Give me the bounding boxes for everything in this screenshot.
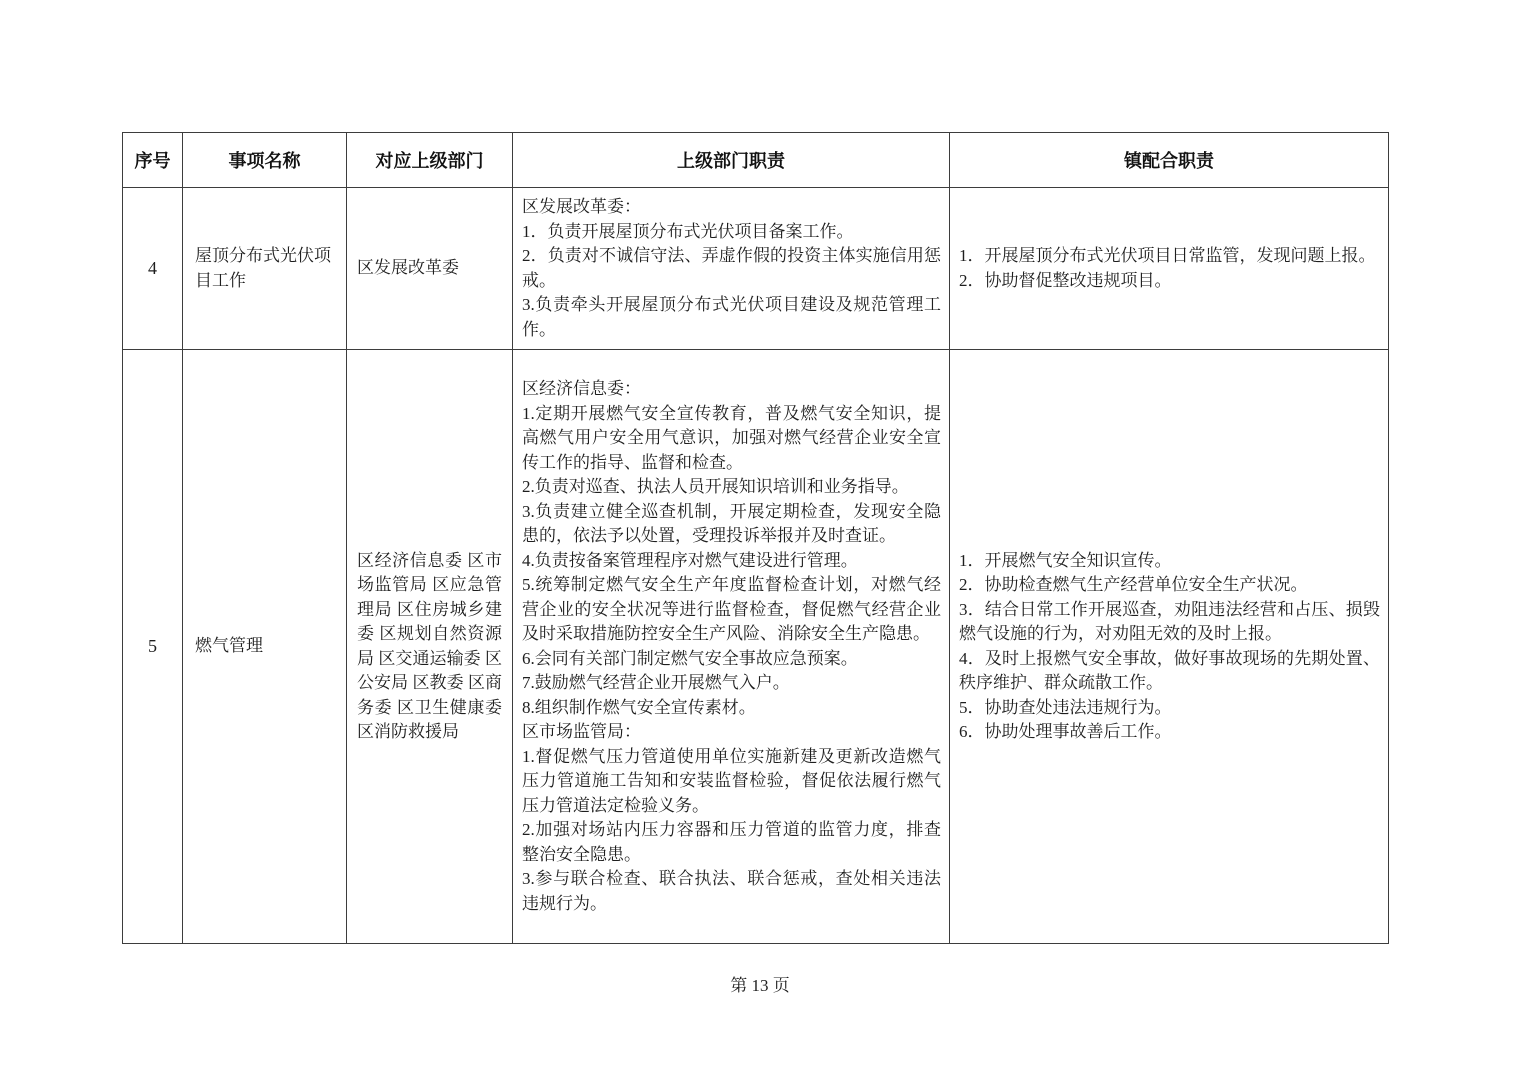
duty-paragraph: 5.统筹制定燃气安全生产年度监督检查计划，对燃气经营企业的安全状况等进行监督检查… <box>522 573 941 647</box>
cell-item-name: 屋顶分布式光伏项目工作 <box>183 188 347 350</box>
page-number: 第 13 页 <box>0 971 1520 996</box>
col-header-superior-dept: 对应上级部门 <box>347 133 513 188</box>
duty-paragraph: 1.督促燃气压力管道使用单位实施新建及更新改造燃气压力管道施工告知和安装监督检验… <box>522 745 941 819</box>
duty-paragraph: 2．协助检查燃气生产经营单位安全生产状况。 <box>959 573 1380 598</box>
document-page: 序号 事项名称 对应上级部门 上级部门职责 镇配合职责 4 屋顶分布式光伏项目工… <box>0 0 1520 1074</box>
table-row-5: 5 燃气管理 区经济信息委 区市场监管局 区应急管理局 区住房城乡建委 区规划自… <box>123 350 1389 944</box>
duty-paragraph: 4.负责按备案管理程序对燃气建设进行管理。 <box>522 549 941 574</box>
duty-paragraph: 2．负责对不诚信守法、弄虚作假的投资主体实施信用惩戒。 <box>522 244 941 293</box>
duty-table: 序号 事项名称 对应上级部门 上级部门职责 镇配合职责 4 屋顶分布式光伏项目工… <box>122 132 1389 944</box>
cell-serial-no: 4 <box>123 188 183 350</box>
col-header-superior-duties: 上级部门职责 <box>513 133 950 188</box>
table-header-row: 序号 事项名称 对应上级部门 上级部门职责 镇配合职责 <box>123 133 1389 188</box>
duty-paragraph: 2.负责对巡查、执法人员开展知识培训和业务指导。 <box>522 475 941 500</box>
duty-paragraph: 区发展改革委： <box>522 195 941 220</box>
duty-paragraph: 3.参与联合检查、联合执法、联合惩戒，查处相关违法违规行为。 <box>522 867 941 916</box>
duty-paragraph: 2.加强对场站内压力容器和压力管道的监管力度，排查整治安全隐患。 <box>522 818 941 867</box>
duty-paragraph: 4．及时上报燃气安全事故，做好事故现场的先期处置、秩序维护、群众疏散工作。 <box>959 647 1380 696</box>
duty-paragraph: 1．开展屋顶分布式光伏项目日常监管，发现问题上报。 <box>959 244 1380 269</box>
cell-town-duties: 1．开展屋顶分布式光伏项目日常监管，发现问题上报。2．协助督促整改违规项目。 <box>950 188 1389 350</box>
duty-paragraph: 3．结合日常工作开展巡查，劝阻违法经营和占压、损毁燃气设施的行为，对劝阻无效的及… <box>959 598 1380 647</box>
duty-paragraph: 2．协助督促整改违规项目。 <box>959 269 1380 294</box>
cell-serial-no: 5 <box>123 350 183 944</box>
cell-town-duties: 1．开展燃气安全知识宣传。2．协助检查燃气生产经营单位安全生产状况。3．结合日常… <box>950 350 1389 944</box>
duty-paragraph: 7.鼓励燃气经营企业开展燃气入户。 <box>522 671 941 696</box>
duty-paragraph: 1．负责开展屋顶分布式光伏项目备案工作。 <box>522 220 941 245</box>
duty-paragraph: 6.会同有关部门制定燃气安全事故应急预案。 <box>522 647 941 672</box>
duty-paragraph: 1.定期开展燃气安全宣传教育，普及燃气安全知识，提高燃气用户安全用气意识，加强对… <box>522 402 941 476</box>
duty-paragraph: 6．协助处理事故善后工作。 <box>959 720 1380 745</box>
cell-superior-duties: 区经济信息委：1.定期开展燃气安全宣传教育，普及燃气安全知识，提高燃气用户安全用… <box>513 350 950 944</box>
table-row-4: 4 屋顶分布式光伏项目工作 区发展改革委 区发展改革委：1．负责开展屋顶分布式光… <box>123 188 1389 350</box>
duty-paragraph: 5．协助查处违法违规行为。 <box>959 696 1380 721</box>
cell-superior-dept: 区经济信息委 区市场监管局 区应急管理局 区住房城乡建委 区规划自然资源局 区交… <box>347 350 513 944</box>
duty-paragraph: 3.负责建立健全巡查机制，开展定期检查，发现安全隐患的，依法予以处置，受理投诉举… <box>522 500 941 549</box>
cell-superior-duties: 区发展改革委：1．负责开展屋顶分布式光伏项目备案工作。2．负责对不诚信守法、弄虚… <box>513 188 950 350</box>
col-header-item-name: 事项名称 <box>183 133 347 188</box>
col-header-town-duties: 镇配合职责 <box>950 133 1389 188</box>
duty-paragraph: 3.负责牵头开展屋顶分布式光伏项目建设及规范管理工作。 <box>522 293 941 342</box>
duty-paragraph: 区市场监管局： <box>522 720 941 745</box>
col-header-serial-no: 序号 <box>123 133 183 188</box>
duty-paragraph: 1．开展燃气安全知识宣传。 <box>959 549 1380 574</box>
duty-paragraph: 区经济信息委： <box>522 377 941 402</box>
duty-paragraph: 8.组织制作燃气安全宣传素材。 <box>522 696 941 721</box>
cell-superior-dept: 区发展改革委 <box>347 188 513 350</box>
cell-item-name: 燃气管理 <box>183 350 347 944</box>
